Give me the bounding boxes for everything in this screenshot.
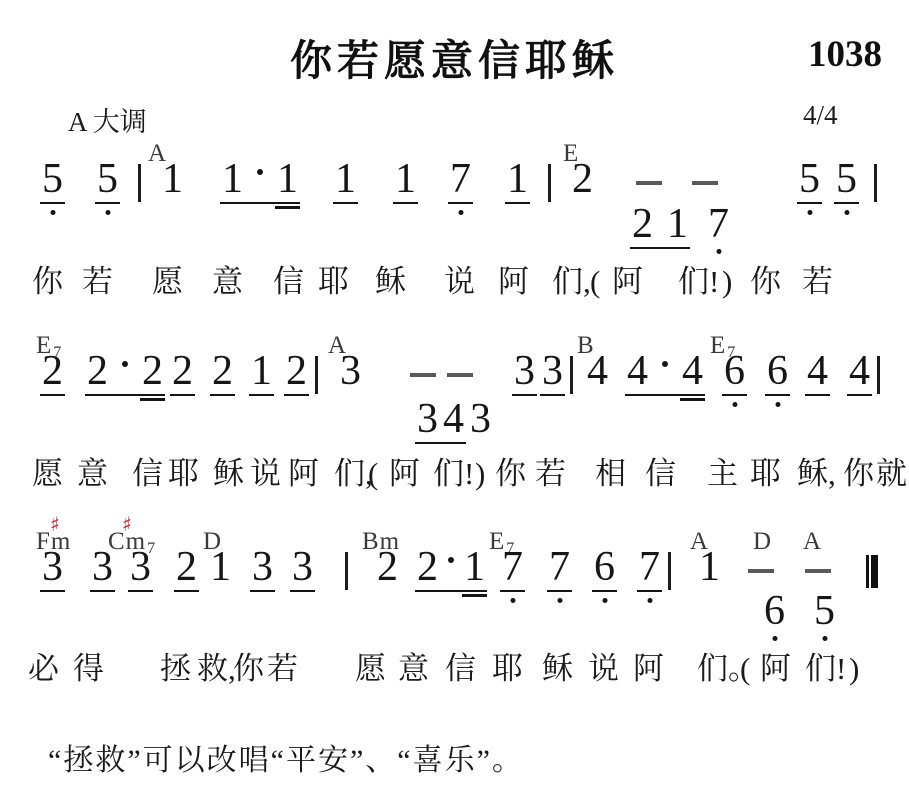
lyric-text: 阿 bbox=[633, 653, 664, 685]
lyric-text: 们! bbox=[433, 458, 474, 490]
lyric-text: 意 bbox=[77, 458, 108, 490]
lyric-text: 阿 bbox=[498, 266, 529, 298]
lyric-text: 们! bbox=[678, 266, 719, 298]
lyric-text: 信 bbox=[273, 266, 304, 298]
lyric-text: 们! bbox=[805, 653, 846, 685]
lyric-text: 愿 bbox=[32, 458, 63, 490]
lyric-text: 若 bbox=[535, 458, 566, 490]
lyric-text: 若 bbox=[82, 266, 113, 298]
lyric-text: ) bbox=[849, 653, 859, 685]
lyric-text: 你 bbox=[233, 653, 264, 685]
lyric-text: 信 bbox=[132, 458, 163, 490]
lyric-text: 愿 bbox=[355, 653, 386, 685]
lyric-text: 耶 bbox=[750, 458, 781, 490]
lyric-text: 意 bbox=[212, 266, 243, 298]
lyric-text: 拯 bbox=[160, 653, 191, 685]
lyric-text: 耶 bbox=[318, 266, 349, 298]
lyric-text: 说 bbox=[588, 653, 619, 685]
lyric-text: 稣 bbox=[375, 266, 406, 298]
lyric-text: 你 bbox=[843, 458, 874, 490]
lyric-text: 救, bbox=[197, 653, 236, 685]
lyric-text: 阿 bbox=[760, 653, 791, 685]
lyric-text: 阿 bbox=[389, 458, 420, 490]
lyrics: 你若愿意信耶稣说阿们,(阿们!)你若愿意信耶稣说阿们,(阿们!)你若相信主耶稣,… bbox=[0, 0, 909, 792]
lyric-text: ( bbox=[368, 458, 378, 490]
lyric-text: 主 bbox=[707, 458, 738, 490]
lyric-text: ) bbox=[722, 266, 732, 298]
lyric-text: 必 bbox=[28, 653, 59, 685]
lyric-text: 说 bbox=[444, 266, 475, 298]
lyric-text: 阿 bbox=[288, 458, 319, 490]
lyric-text: 们, bbox=[552, 266, 591, 298]
lyric-text: 若 bbox=[802, 266, 833, 298]
lyric-text: 信 bbox=[645, 458, 676, 490]
lyric-text: 耶 bbox=[492, 653, 523, 685]
lyric-text: 耶 bbox=[168, 458, 199, 490]
lyric-text: 相 bbox=[595, 458, 626, 490]
lyric-text: 愿 bbox=[152, 266, 183, 298]
lyric-text: 阿 bbox=[612, 266, 643, 298]
lyric-text: 你 bbox=[32, 266, 63, 298]
lyric-text: ( bbox=[740, 653, 750, 685]
lyric-text: 说 bbox=[250, 458, 281, 490]
lyric-text: 就 bbox=[876, 458, 907, 490]
lyric-text: 意 bbox=[398, 653, 429, 685]
lyric-text: 你 bbox=[750, 266, 781, 298]
hymn-sheet-page: 你若愿意信耶稣 1038 A 大调 4/4 AE551111171255217E… bbox=[0, 0, 909, 792]
lyric-text: 稣 bbox=[542, 653, 573, 685]
lyric-text: 信 bbox=[445, 653, 476, 685]
lyric-text: 若 bbox=[267, 653, 298, 685]
lyric-text: 稣, bbox=[797, 458, 836, 490]
lyric-text: 稣 bbox=[213, 458, 244, 490]
lyric-text: ( bbox=[590, 266, 600, 298]
lyric-text: 得 bbox=[73, 653, 104, 685]
lyric-text: ) bbox=[475, 458, 485, 490]
footnote: “拯救”可以改唱“平安”、“喜乐”。 bbox=[48, 735, 524, 779]
lyric-text: 你 bbox=[495, 458, 526, 490]
lyric-text: 们, bbox=[334, 458, 373, 490]
